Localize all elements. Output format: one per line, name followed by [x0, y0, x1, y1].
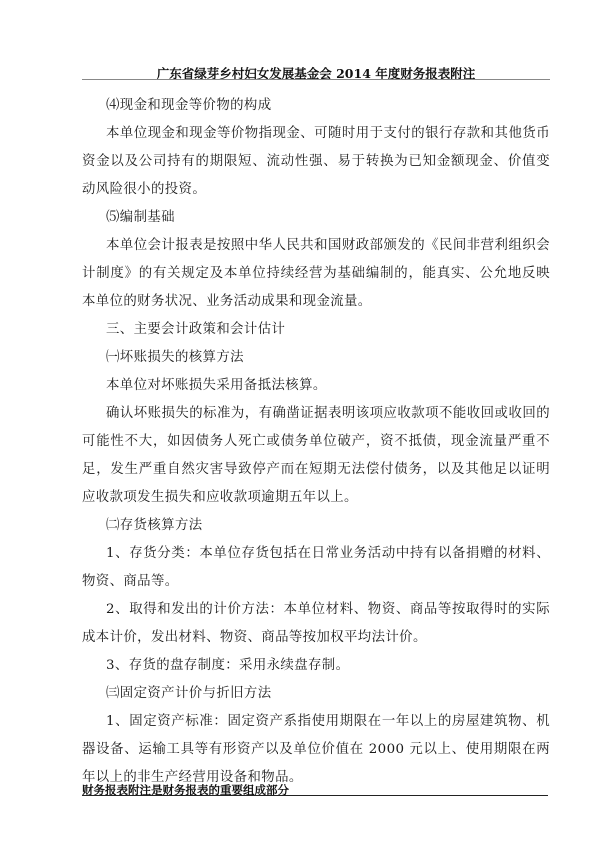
document-page: 广东省绿芽乡村妇女发展基金会 2014 年度财务报表附注 ⑷现金和现金等价物的构…: [0, 0, 600, 848]
inventory-heading: ㈡存货核算方法: [82, 512, 550, 540]
bad-debt-criteria-paragraph: 确认坏账损失的标准为，有确凿证据表明该项应收款项不能收回或收回的可能性不大，如因…: [82, 400, 550, 512]
inventory-classification-paragraph: 1、存货分类：本单位存货包括在日常业务活动中持有以备捐赠的材料、物资、商品等。: [82, 540, 550, 596]
bad-debt-method-paragraph: 本单位对坏账损失采用备抵法核算。: [82, 372, 550, 400]
cash-equivalents-heading: ⑷现金和现金等价物的构成: [82, 92, 550, 120]
inventory-valuation-paragraph: 2、取得和发出的计价方法：本单位材料、物资、商品等按取得时的实际成本计价，发出材…: [82, 596, 550, 652]
footer-divider: [82, 795, 548, 796]
fixed-assets-standard-paragraph: 1、固定资产标准：固定资产系指使用期限在一年以上的房屋建筑物、机器设备、运输工具…: [82, 708, 550, 792]
fixed-assets-heading: ㈢固定资产计价与折旧方法: [82, 680, 550, 708]
accounting-policies-section-heading: 三、主要会计政策和会计估计: [82, 316, 550, 344]
document-body: ⑷现金和现金等价物的构成 本单位现金和现金等价物指现金、可随时用于支付的银行存款…: [82, 92, 550, 792]
cash-equivalents-paragraph: 本单位现金和现金等价物指现金、可随时用于支付的银行存款和其他货币资金以及公司持有…: [82, 120, 550, 204]
bad-debt-heading: ㈠坏账损失的核算方法: [82, 344, 550, 372]
preparation-basis-heading: ⑸编制基础: [82, 204, 550, 232]
header-divider: [82, 79, 550, 80]
inventory-system-paragraph: 3、存货的盘存制度：采用永续盘存制。: [82, 652, 550, 680]
preparation-basis-paragraph: 本单位会计报表是按照中华人民共和国财政部颁发的《民间非营利组织会计制度》的有关规…: [82, 232, 550, 316]
